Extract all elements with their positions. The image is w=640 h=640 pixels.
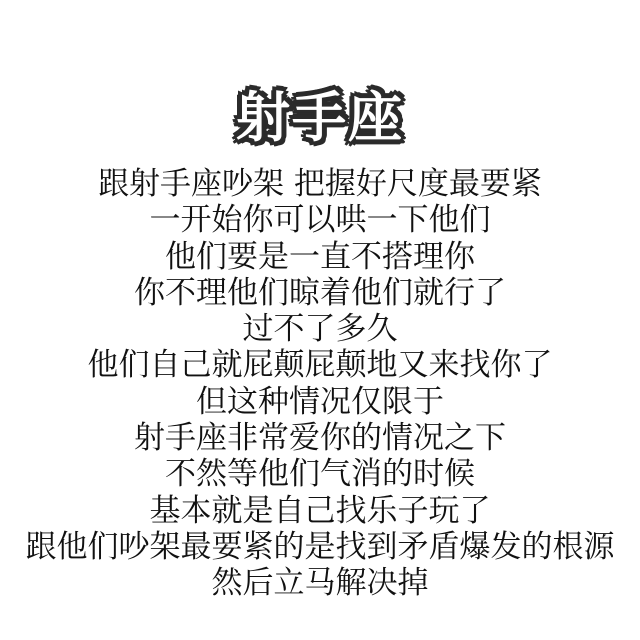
text-line: 射手座非常爱你的情况之下	[0, 420, 640, 456]
text-line: 他们自己就屁颠屁颠地又来找你了	[0, 347, 640, 383]
text-lines: 跟射手座吵架 把握好尺度最要紧 一开始你可以哄一下他们 他们要是一直不搭理你 你…	[0, 166, 640, 602]
text-line: 过不了多久	[0, 311, 640, 347]
text-line: 跟射手座吵架 把握好尺度最要紧	[0, 166, 640, 202]
text-line: 基本就是自己找乐子玩了	[0, 493, 640, 529]
text-line: 然后立马解决掉	[0, 565, 640, 601]
text-line: 不然等他们气消的时候	[0, 456, 640, 492]
text-line: 一开始你可以哄一下他们	[0, 202, 640, 238]
text-line: 你不理他们晾着他们就行了	[0, 275, 640, 311]
text-line: 他们要是一直不搭理你	[0, 239, 640, 275]
text-line: 但这种情况仅限于	[0, 384, 640, 420]
text-line: 跟他们吵架最要紧的是找到矛盾爆发的根源	[0, 529, 640, 565]
title-container: 射手座	[0, 86, 640, 150]
page-title: 射手座	[236, 86, 404, 150]
